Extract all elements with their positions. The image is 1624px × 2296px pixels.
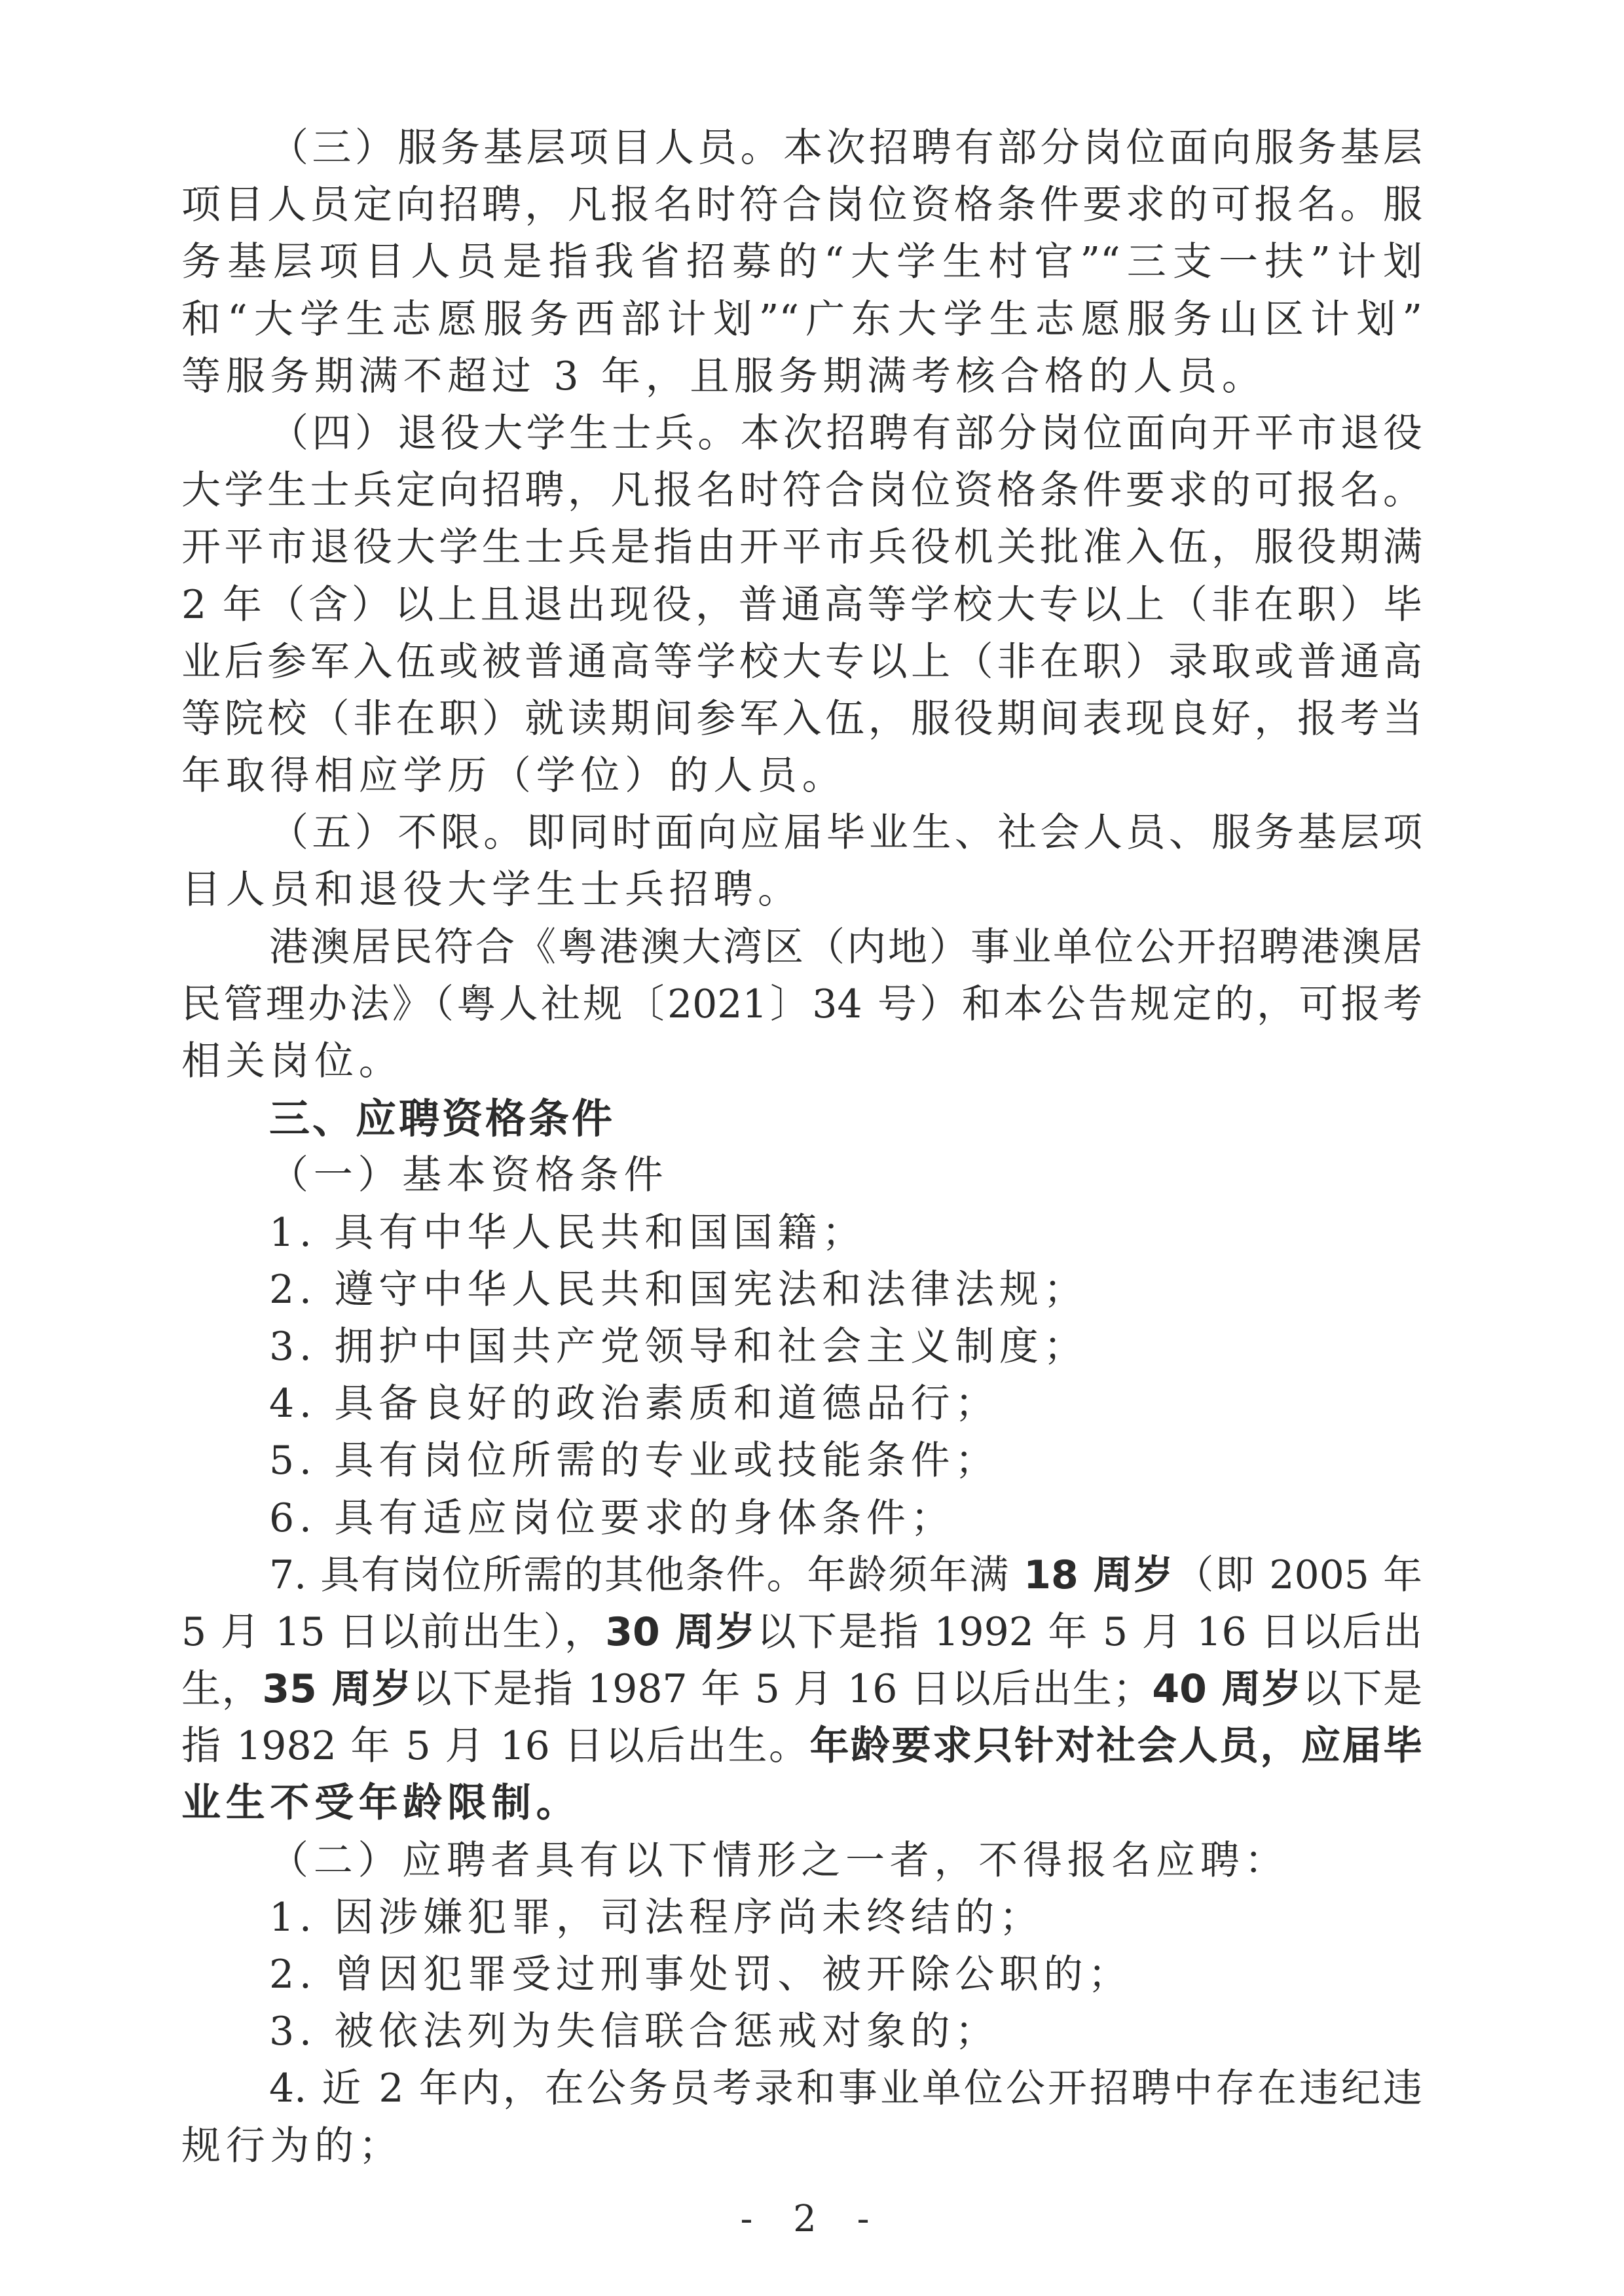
list-item: 1. 具有中华人民共和国国籍；: [181, 1205, 1422, 1262]
item7-bold-age-35: 35 周岁: [262, 1666, 412, 1712]
paragraph-line: 目人员和退役大学生士兵招聘。: [181, 862, 1422, 919]
item7-text: 生，: [181, 1666, 262, 1712]
item7-bold-age-18: 18 周岁: [1024, 1552, 1174, 1598]
paragraph-line: 项目人员定向招聘，凡报名时符合岗位资格条件要求的可报名。服: [181, 177, 1422, 234]
paragraph-line: 务基层项目人员是指我省招募的“大学生村官”“三支一扶”计划: [181, 234, 1422, 291]
item7-text: 7. 具有岗位所需的其他条件。年龄须年满: [269, 1552, 1024, 1598]
list-item: 5. 具有岗位所需的专业或技能条件；: [181, 1432, 1422, 1489]
paragraph-line: 大学生士兵定向招聘，凡报名时符合岗位资格条件要求的可报名。: [181, 462, 1422, 519]
paragraph-line: 相关岗位。: [181, 1033, 1422, 1090]
paragraph-line: 业后参军入伍或被普通高等学校大专以上（非在职）录取或普通高: [181, 634, 1422, 691]
list-item: 2. 曾因犯罪受过刑事处罚、被开除公职的；: [181, 1946, 1422, 2003]
paragraph-line: （五）不限。即同时面向应届毕业生、社会人员、服务基层项: [181, 805, 1422, 862]
list-item-7-line: 业生不受年龄限制。: [181, 1775, 1422, 1832]
item7-text: 以下是指 1992 年 5 月 16 日以后出: [757, 1609, 1422, 1655]
item7-text: 以下是指 1987 年 5 月 16 日以后出生；: [413, 1666, 1153, 1712]
list-item: 3. 被依法列为失信联合惩戒对象的；: [181, 2003, 1422, 2060]
page-number: - 2 -: [0, 2196, 1624, 2242]
list-item: 规行为的；: [181, 2118, 1422, 2175]
paragraph-line: 和“大学生志愿服务西部计划”“广东大学生志愿服务山区计划”: [181, 291, 1422, 348]
subsection-title: （二）应聘者具有以下情形之一者，不得报名应聘：: [181, 1832, 1422, 1889]
list-item: 4. 近 2 年内，在公务员考录和事业单位公开招聘中存在违纪违: [181, 2060, 1422, 2117]
body-text: （三）服务基层项目人员。本次招聘有部分岗位面向服务基层 项目人员定向招聘，凡报名…: [181, 120, 1422, 2175]
subsection-title: （一）基本资格条件: [181, 1147, 1422, 1204]
paragraph-line: 年取得相应学历（学位）的人员。: [181, 748, 1422, 805]
paragraph-line: 民管理办法》（粤人社规〔2021〕34 号）和本公告规定的，可报考: [181, 976, 1422, 1033]
list-item-7-line: 指 1982 年 5 月 16 日以后出生。年龄要求只针对社会人员，应届毕: [181, 1718, 1422, 1775]
item7-text: 以下是: [1302, 1666, 1422, 1712]
list-item-7-line: 生，35 周岁以下是指 1987 年 5 月 16 日以后出生；40 周岁以下是: [181, 1661, 1422, 1718]
paragraph-line: 等院校（非在职）就读期间参军入伍，服役期间表现良好，报考当: [181, 691, 1422, 748]
document-page: （三）服务基层项目人员。本次招聘有部分岗位面向服务基层 项目人员定向招聘，凡报名…: [0, 0, 1624, 2296]
item7-bold-note: 业生不受年龄限制。: [181, 1780, 580, 1826]
item7-text: 5 月 15 日以前出生），: [181, 1609, 605, 1655]
item7-text: 指 1982 年 5 月 16 日以后出生。: [181, 1723, 810, 1769]
paragraph-line: 开平市退役大学生士兵是指由开平市兵役机关批准入伍，服役期满: [181, 519, 1422, 576]
list-item-7-line: 7. 具有岗位所需的其他条件。年龄须年满 18 周岁（即 2005 年: [181, 1547, 1422, 1604]
section-heading: 三、应聘资格条件: [181, 1090, 1422, 1147]
list-item: 3. 拥护中国共产党领导和社会主义制度；: [181, 1319, 1422, 1376]
paragraph-line: （四）退役大学生士兵。本次招聘有部分岗位面向开平市退役: [181, 405, 1422, 462]
list-item: 6. 具有适应岗位要求的身体条件；: [181, 1490, 1422, 1547]
item7-bold-age-40: 40 周岁: [1152, 1666, 1302, 1712]
list-item-7-line: 5 月 15 日以前出生），30 周岁以下是指 1992 年 5 月 16 日以…: [181, 1604, 1422, 1661]
paragraph-line: 等服务期满不超过 3 年，且服务期满考核合格的人员。: [181, 348, 1422, 405]
list-item: 4. 具备良好的政治素质和道德品行；: [181, 1376, 1422, 1432]
item7-text: （即 2005 年: [1174, 1552, 1422, 1598]
item7-bold-note: 年龄要求只针对社会人员，应届毕: [810, 1723, 1422, 1769]
item7-bold-age-30: 30 周岁: [605, 1609, 756, 1655]
list-item: 1. 因涉嫌犯罪，司法程序尚未终结的；: [181, 1889, 1422, 1946]
paragraph-line: 2 年（含）以上且退出现役，普通高等学校大专以上（非在职）毕: [181, 577, 1422, 634]
paragraph-line: 港澳居民符合《粤港澳大湾区（内地）事业单位公开招聘港澳居: [181, 919, 1422, 976]
list-item: 2. 遵守中华人民共和国宪法和法律法规；: [181, 1262, 1422, 1319]
paragraph-line: （三）服务基层项目人员。本次招聘有部分岗位面向服务基层: [181, 120, 1422, 177]
